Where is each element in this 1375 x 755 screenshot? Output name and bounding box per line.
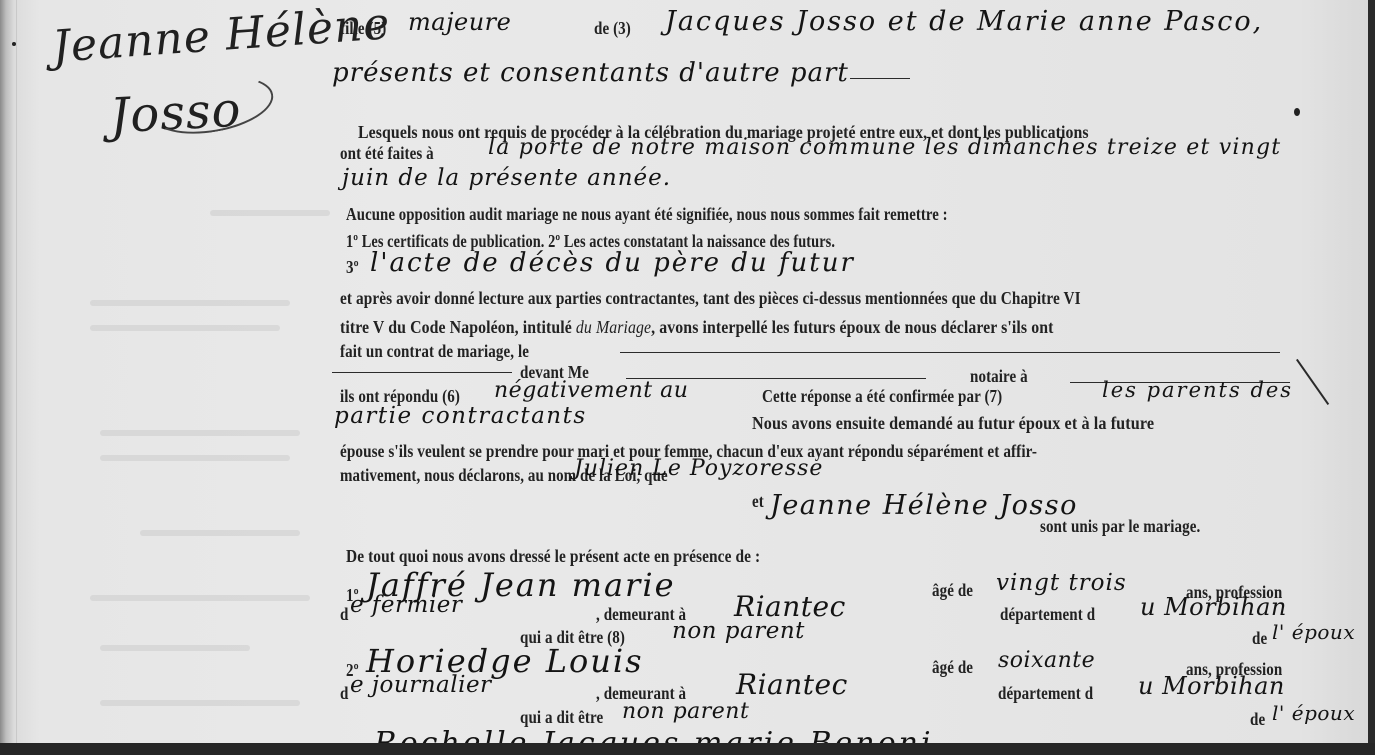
publications-place-line: ont été faites à: [340, 143, 449, 163]
document-scan: Jeanne Hélène Josso fille (5) majeure de…: [0, 0, 1368, 743]
parents-value-line2: présents et consentants d'autre part: [332, 58, 849, 88]
witness-1-de-prefix: d: [340, 604, 348, 624]
notaire-line: notaire à: [970, 366, 1037, 386]
lecture-line-1: et après avoir donné lecture aux parties…: [340, 288, 1186, 308]
witness-1-side-label: de: [1252, 628, 1267, 648]
opposition-text: Aucune opposition audit mariage ne nous …: [346, 204, 948, 224]
bleed-through: [100, 430, 300, 436]
witness-1-departement-line: département d: [1000, 604, 1111, 624]
confirmee-label: Cette réponse a été confirmée par (7): [762, 386, 1002, 406]
witness-1-profession: e fermier: [350, 592, 462, 618]
witness-3-name-partial: Rochelle Jacques marie Benoni: [374, 726, 934, 743]
witness-2-departement-label: département d: [998, 683, 1093, 703]
witness-2-relation-line: qui a dit être: [520, 707, 617, 727]
bleed-through: [140, 530, 300, 536]
bleed-through: [100, 455, 290, 461]
witness-1-departement: u Morbihan: [1140, 593, 1287, 621]
repondu-value: négativement au: [494, 378, 688, 403]
scan-right-border: [1368, 0, 1375, 743]
confirmee-value: les parents des: [1102, 378, 1293, 402]
witness-2-profession: e journalier: [350, 672, 492, 698]
witness-1-relation: non parent: [672, 618, 805, 644]
fille-line: fille (5): [340, 18, 394, 38]
lecture-text-2-title: du Mariage: [576, 317, 651, 337]
witness-2-age-label-line: âgé de: [932, 657, 980, 677]
lecture-text-2-pre: titre V du Code Napoléon, intitulé: [340, 317, 572, 337]
witness-2-side-label: de: [1250, 709, 1265, 729]
contrat-line: fait un contrat de mariage, le: [340, 341, 560, 361]
witness-2-departement: u Morbihan: [1138, 672, 1285, 700]
bleed-through: [210, 210, 330, 216]
publications-place-value-line2: juin de la présente année.: [342, 165, 671, 191]
witness-2-side-line: de: [1250, 709, 1268, 729]
witnesses-intro-line: De tout quoi nous avons dressé le présen…: [346, 546, 817, 566]
bleed-through: [90, 300, 290, 306]
witness-1-departement-label: département d: [1000, 604, 1095, 624]
publications-place-label: ont été faites à: [340, 143, 434, 163]
contrat-label: fait un contrat de mariage, le: [340, 341, 529, 361]
witness-1-age-label: âgé de: [932, 580, 973, 600]
witness-2-relation-label: qui a dit être: [520, 707, 603, 727]
ink-spot: [1294, 108, 1300, 116]
cancel-stroke: [1296, 359, 1329, 405]
bride-name-value: Jeanne Hélène Josso: [770, 490, 1078, 521]
bleed-through: [90, 595, 310, 601]
confirmee-line: Cette réponse a été confirmée par (7): [762, 386, 1041, 406]
opposition-line: Aucune opposition audit mariage ne nous …: [346, 204, 1058, 224]
fille-label: fille (5): [340, 18, 386, 38]
unis-text: sont unis par le mariage.: [1040, 516, 1200, 536]
lecture-text-2: titre V du Code Napoléon, intitulé du Ma…: [340, 317, 1053, 337]
notaire-label: notaire à: [970, 366, 1028, 386]
witness-1-age: vingt trois: [996, 570, 1127, 596]
witness-2-side: l' époux: [1272, 701, 1355, 725]
parents-value: Jacques Josso et de Marie anne Pasco,: [665, 6, 1263, 37]
witness-2-age: soixante: [998, 648, 1095, 673]
document-3-line: 3º: [346, 257, 361, 277]
bleed-through: [90, 325, 280, 331]
page-fold-line: [16, 0, 17, 743]
ink-spot: [12, 42, 16, 46]
repondu-value-line2: partie contractants: [334, 403, 587, 429]
lecture-line-2: titre V du Code Napoléon, intitulé du Ma…: [340, 317, 1128, 337]
witness-2-age-label: âgé de: [932, 657, 973, 677]
witness-1-side: l' époux: [1272, 620, 1355, 644]
de-line: de (3): [594, 18, 637, 38]
groom-name-value: Julien Le Poyzoresse: [574, 456, 823, 481]
witness-1-age-label-line: âgé de: [932, 580, 980, 600]
contrat-date-blank-2: [332, 372, 512, 373]
witness-1-side-line: de: [1252, 628, 1270, 648]
et-line: et: [752, 491, 766, 511]
demande-line: Nous avons ensuite demandé au futur épou…: [752, 413, 1187, 433]
bleed-through: [100, 645, 250, 651]
lecture-text-2-post: , avons interpellé les futurs époux de n…: [651, 317, 1053, 337]
witness-2-de-prefix: d: [340, 683, 348, 703]
publications-place-value: la porte de notre maison commune les dim…: [488, 135, 1281, 160]
witness-2-relation: non parent: [622, 699, 749, 724]
de-label: de (3): [594, 18, 631, 38]
document-3-value: l'acte de décès du père du futur: [370, 248, 855, 278]
witness-1-profession-line: d: [340, 604, 350, 624]
viewer-bottom-bar: [0, 743, 1375, 755]
flourish-line: [850, 78, 910, 79]
witness-2-residence: Riantec: [736, 668, 848, 701]
witness-2-departement-line: département d: [998, 683, 1109, 703]
unis-line: sont unis par le mariage.: [1040, 516, 1226, 536]
contrat-date-blank: [620, 352, 1280, 353]
fille-status-value: majeure: [408, 8, 511, 36]
document-3-label: 3º: [346, 257, 359, 277]
demande-text: Nous avons ensuite demandé au futur épou…: [752, 413, 1154, 433]
bleed-through: [100, 700, 300, 706]
lecture-text-1: et après avoir donné lecture aux parties…: [340, 288, 1081, 308]
witnesses-intro-text: De tout quoi nous avons dressé le présen…: [346, 546, 760, 566]
et-label: et: [752, 491, 764, 511]
witness-2-profession-line: d: [340, 683, 350, 703]
